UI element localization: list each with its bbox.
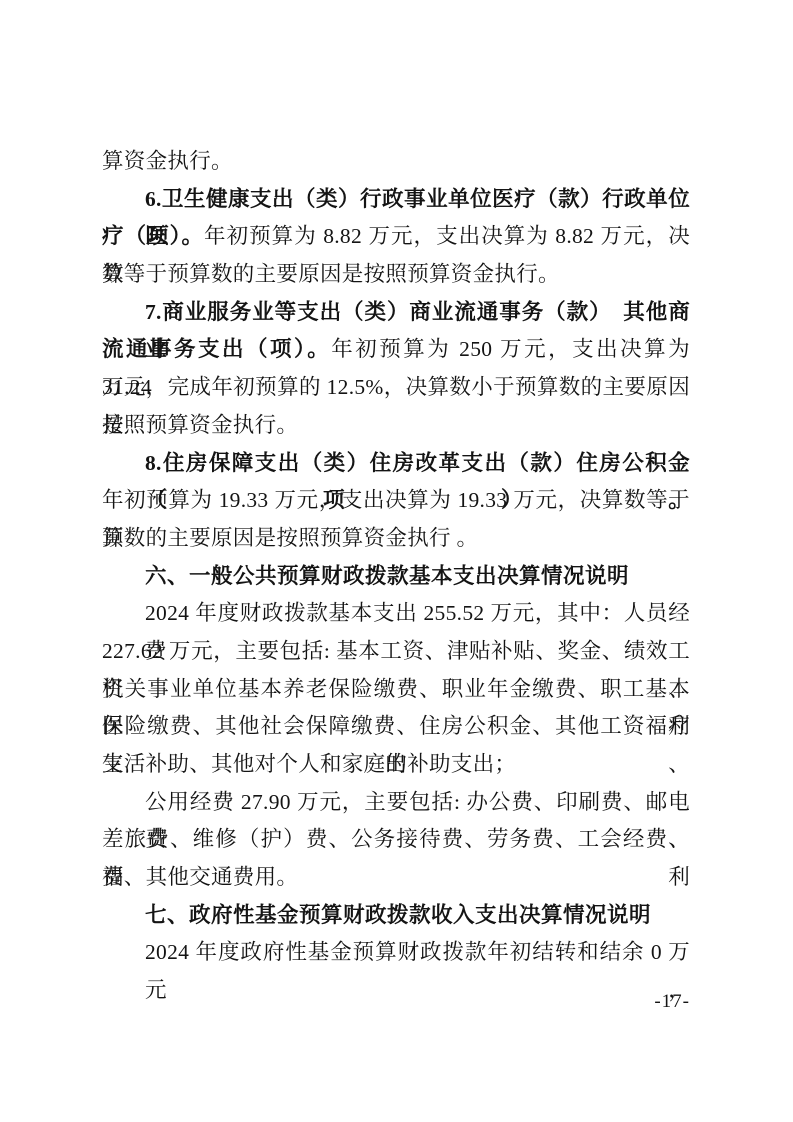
text-segment: 数等于预算数的主要原因是按照预算资金执行。 (102, 262, 560, 286)
text-line: 数等于预算数的主要原因是按照预算资金执行。 (102, 256, 690, 294)
text-line: 按照预算资金执行。 (102, 407, 690, 445)
text-line: 公用经费 27.90 万元，主要包括: 办公费、印刷费、邮电费、 (102, 784, 690, 822)
text-line: 8.住房保障支出（类）住房改革支出（款）住房公积金（项）。 (102, 445, 690, 483)
text-segment: 按照预算资金执行。 (102, 413, 298, 437)
bold-text-segment: 七、政府性基金预算财政拨款收入支出决算情况说明 (145, 903, 651, 928)
bold-text-segment: 疗（项）。 (102, 224, 204, 248)
text-segment: 费、其他交通费用。 (102, 865, 298, 889)
text-line: 差旅费、维修（护）费、公务接待费、劳务费、工会经费、福利 (102, 821, 690, 859)
text-line: 机关事业单位基本养老保险缴费、职业年金缴费、职工基本医疗 (102, 671, 690, 709)
text-line: 算数的主要原因是按照预算资金执行 。 (102, 520, 690, 558)
text-line: 7.商业服务业等支出（类）商业流通事务（款） 其他商业 (102, 294, 690, 332)
text-line: 年初预算为 19.33 万元，支出决算为 19.33 万元，决算数等于预 (102, 482, 690, 520)
document-body: 算资金执行。6.卫生健康支出（类）行政事业单位医疗（款）行政单位医疗（项）。年初… (102, 143, 690, 972)
document-page: 算资金执行。6.卫生健康支出（类）行政事业单位医疗（款）行政单位医疗（项）。年初… (0, 0, 793, 1122)
text-segment: 2024 年度政府性基金预算财政拨款年初结转和结余 0 万元， (145, 940, 690, 1002)
text-line: 算资金执行。 (102, 143, 690, 181)
section-heading: 七、政府性基金预算财政拨款收入支出决算情况说明 (102, 897, 690, 935)
text-line: 疗（项）。年初预算为 8.82 万元，支出决算为 8.82 万元，决算 (102, 218, 690, 256)
text-line: 流通事务支出（项）。年初预算为 250 万元，支出决算为 31.24 (102, 331, 690, 369)
text-segment: 生活补助、其他对个人和家庭的补助支出； (102, 752, 516, 776)
text-segment: 算数的主要原因是按照预算资金执行 。 (102, 526, 478, 550)
section-heading: 六、一般公共预算财政拨款基本支出决算情况说明 (102, 558, 690, 596)
text-line: 万元，完成年初预算的 12.5%，决算数小于预算数的主要原因是 (102, 369, 690, 407)
bold-text-segment: 六、一般公共预算财政拨款基本支出决算情况说明 (145, 564, 629, 589)
text-line: 227.62 万元，主要包括: 基本工资、津贴补贴、奖金、绩效工资、 (102, 633, 690, 671)
text-segment: 算资金执行。 (102, 149, 233, 173)
text-line: 保险缴费、其他社会保障缴费、住房公积金、其他工资福利支出、 (102, 708, 690, 746)
text-line: 2024 年度政府性基金预算财政拨款年初结转和结余 0 万元， (102, 934, 690, 972)
text-line: 2024 年度财政拨款基本支出 255.52 万元，其中：人员经费 (102, 595, 690, 633)
page-number: -17- (654, 991, 690, 1013)
text-line: 6.卫生健康支出（类）行政事业单位医疗（款）行政单位医 (102, 181, 690, 219)
bold-text-segment: 流通事务支出（项）。 (102, 337, 331, 361)
